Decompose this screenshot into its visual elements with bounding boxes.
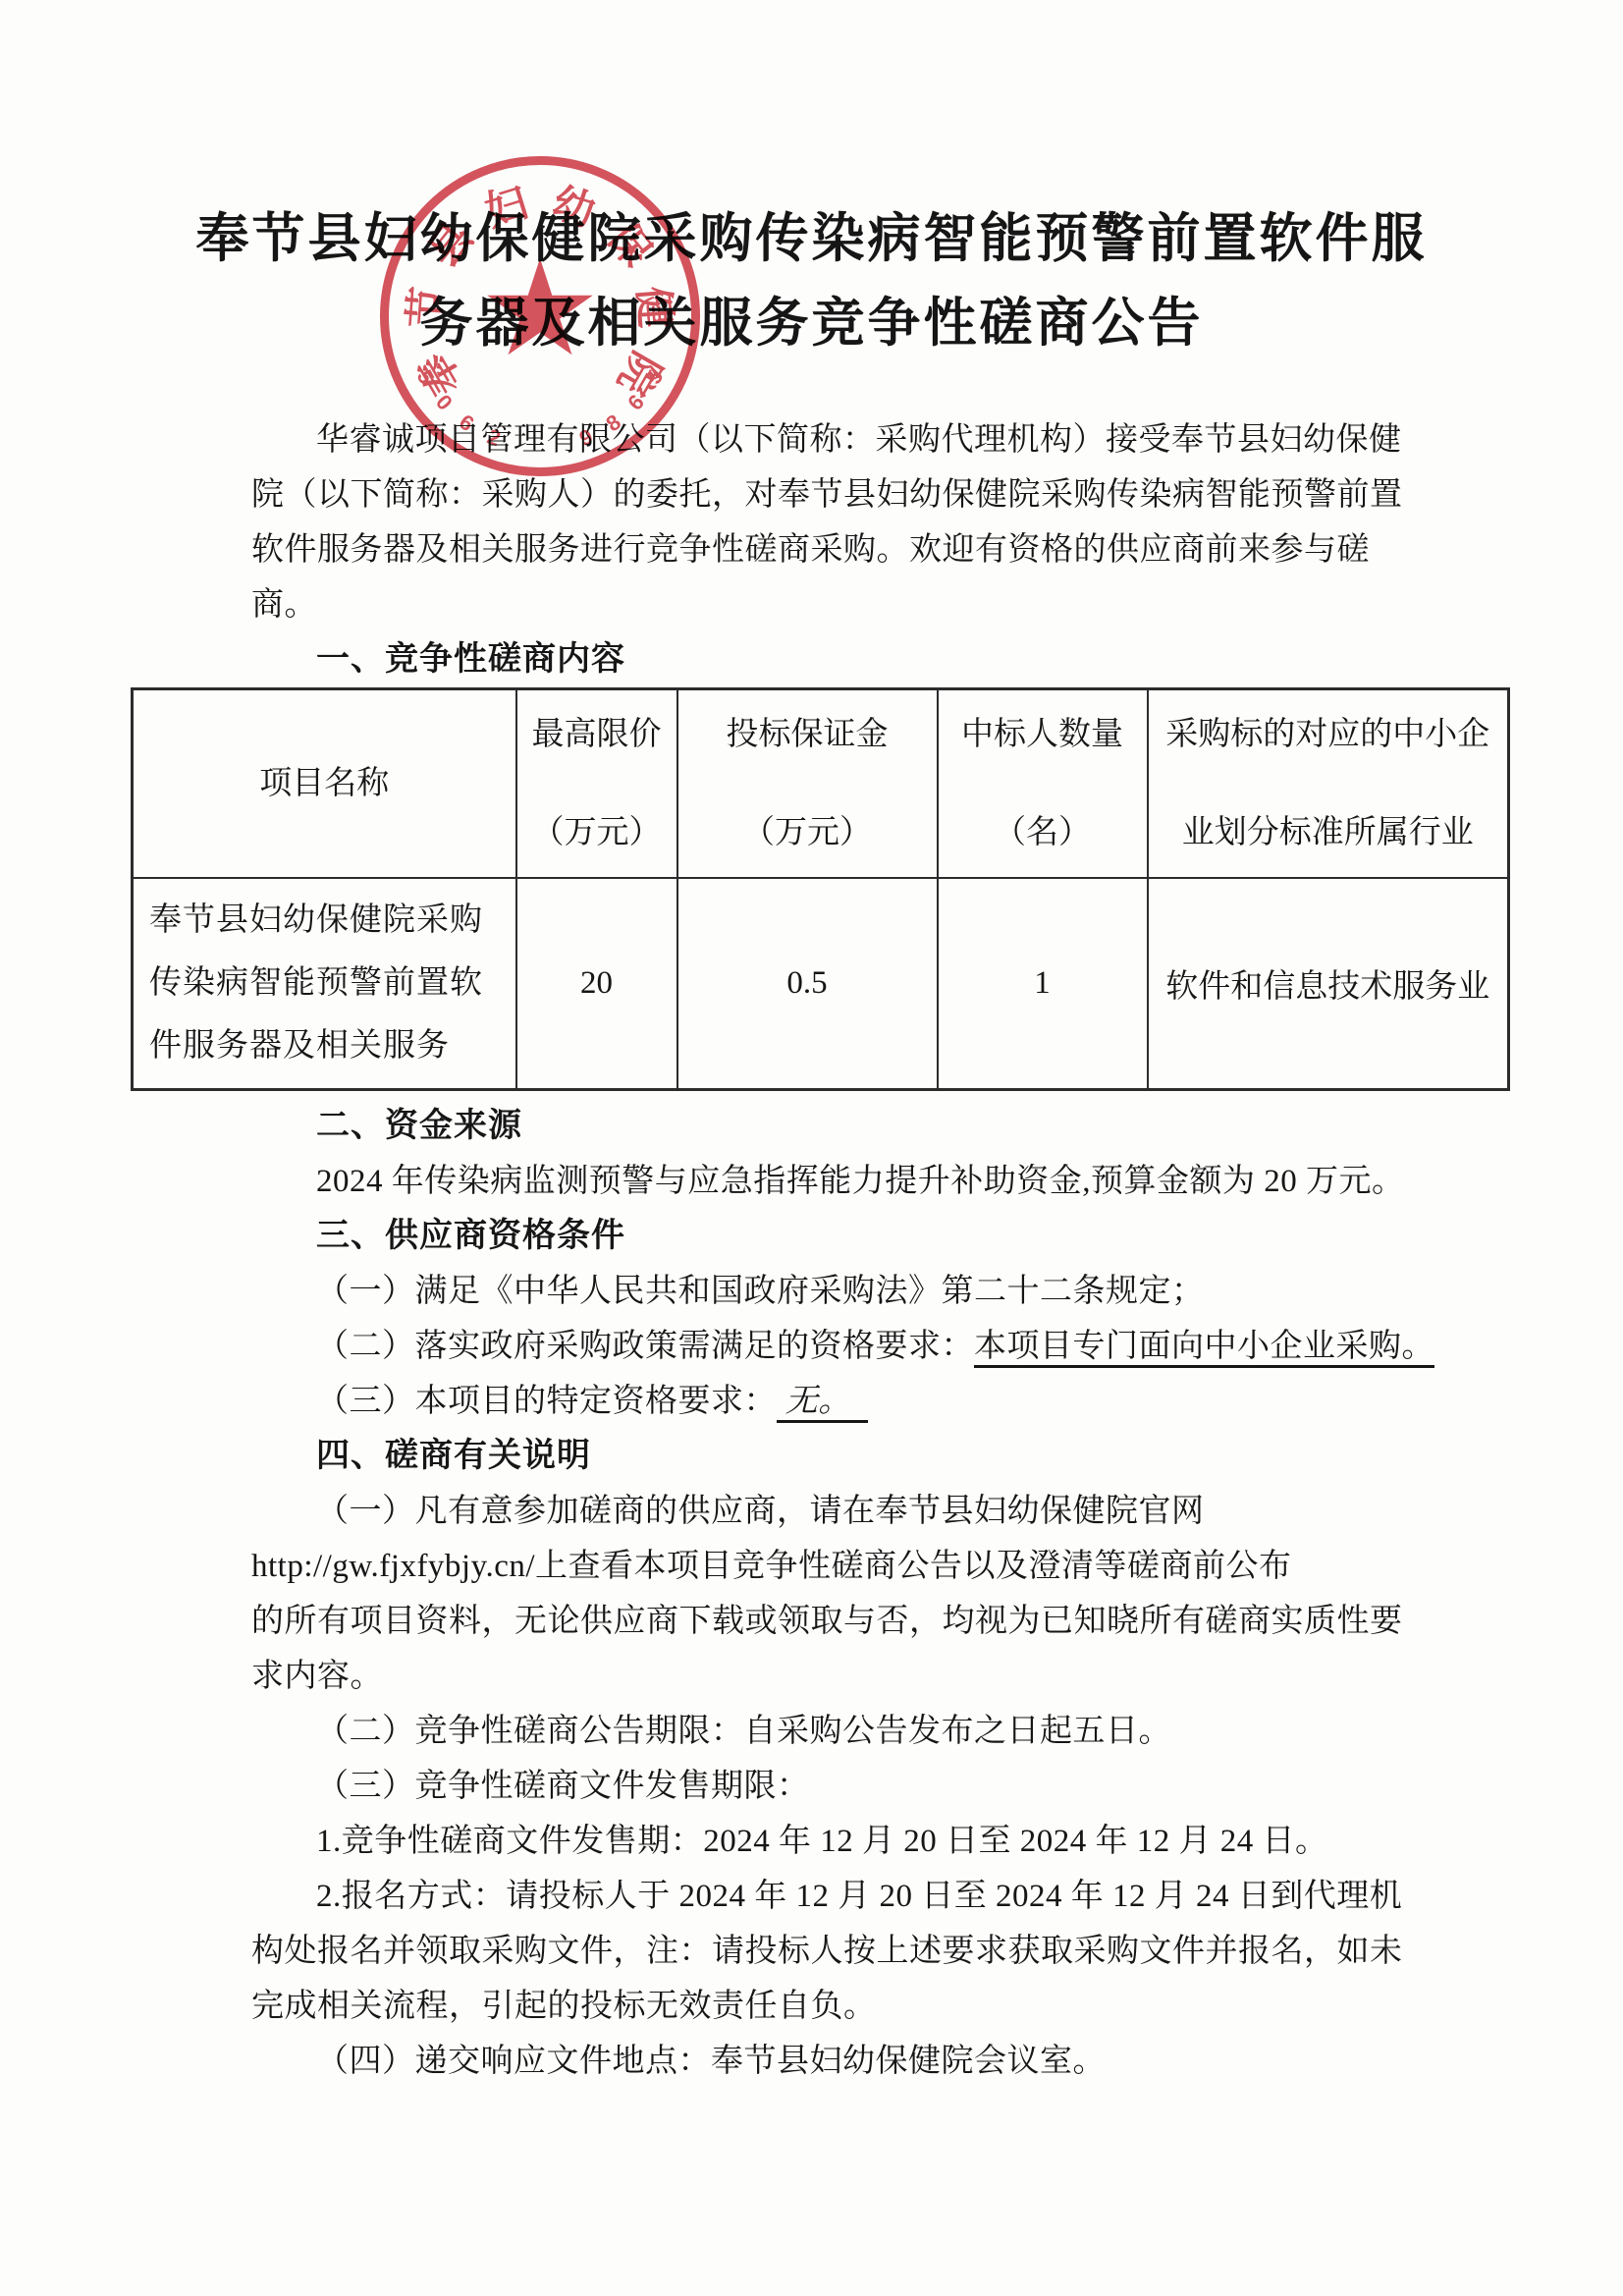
section3-item3-underlined: 无。 bbox=[777, 1384, 868, 1423]
intro-paragraph: 华睿诚项目管理有限公司（以下简称：采购代理机构）接受奉节县妇幼保健 院（以下简称… bbox=[251, 412, 1446, 632]
section4-item3-1: 1.竞争性磋商文件发售期：2024 年 12 月 20 日至 2024 年 12… bbox=[251, 1814, 1476, 1869]
title-line-1: 奉节县妇幼保健院采购传染病智能预警前置软件服 bbox=[39, 196, 1584, 281]
header-cell-industry: 采购标的对应的中小企 业划分标准所属行业 bbox=[1148, 689, 1509, 878]
cell-bid-bond: 0.5 bbox=[677, 878, 938, 1090]
table-header-row: 项目名称 最高限价 （万元） 投标保证金 （万元） 中标人数量 （名） bbox=[133, 689, 1509, 878]
section3-heading: 三、供应商资格条件 bbox=[251, 1209, 1476, 1264]
section3-item1: （一）满足《中华人民共和国政府采购法》第二十二条规定； bbox=[251, 1264, 1476, 1319]
intro-line: 软件服务器及相关服务进行竞争性磋商采购。欢迎有资格的供应商前来参与磋 bbox=[251, 522, 1446, 577]
project-name-line: 件服务器及相关服务 bbox=[149, 1014, 515, 1077]
header-cell-winners: 中标人数量 （名） bbox=[938, 689, 1148, 878]
section4-item1-line: （一）凡有意参加磋商的供应商，请在奉节县妇幼保健院官网 bbox=[251, 1484, 1476, 1539]
section4-item1-line: http://gw.fjxfybjy.cn/上查看本项目竞争性磋商公告以及澄清等… bbox=[251, 1539, 1476, 1594]
header-bid-bond-l2: （万元） bbox=[742, 816, 872, 849]
seal-code-digit: 5 bbox=[639, 363, 670, 392]
section4-item3-2-line: 构处报名并领取采购文件，注：请投标人按上述要求获取采购文件并报名，如未 bbox=[251, 1924, 1476, 1979]
section3-item2-prefix: （二）落实政府采购政策需满足的资格要求： bbox=[316, 1329, 974, 1364]
intro-line: 华睿诚项目管理有限公司（以下简称：采购代理机构）接受奉节县妇幼保健 bbox=[251, 412, 1446, 467]
section4-item3-2-line: 2.报名方式：请投标人于 2024 年 12 月 20 日至 2024 年 12… bbox=[251, 1869, 1476, 1924]
section4-item1-line: 的所有项目资料，无论供应商下载或领取与否，均视为已知晓所有磋商实质性要 bbox=[251, 1594, 1476, 1649]
section3-item3: （三）本项目的特定资格要求： 无。 bbox=[251, 1374, 1476, 1429]
header-project-name: 项目名称 bbox=[259, 767, 389, 800]
section4-item3: （三）竞争性磋商文件发售期限： bbox=[251, 1759, 1476, 1814]
header-industry-l2: 业划分标准所属行业 bbox=[1182, 816, 1474, 849]
section3-item3-prefix: （三）本项目的特定资格要求： bbox=[316, 1384, 777, 1419]
header-cell-max-price: 最高限价 （万元） bbox=[516, 689, 677, 878]
intro-line: 院（以下简称：采购人）的委托，对奉节县妇幼保健院采购传染病智能预警前置 bbox=[251, 467, 1446, 522]
document-title: 奉节县妇幼保健院采购传染病智能预警前置软件服 务器及相关服务竞争性磋商公告 bbox=[39, 0, 1584, 365]
section2-body: 2024 年传染病监测预警与应急指挥能力提升补助资金,预算金额为 20 万元。 bbox=[251, 1154, 1476, 1209]
section3-item2: （二）落实政府采购政策需满足的资格要求：本项目专门面向中小企业采购。 bbox=[251, 1319, 1476, 1374]
header-cell-project-name: 项目名称 bbox=[133, 689, 516, 878]
section3-item2-underlined: 本项目专门面向中小企业采购。 bbox=[974, 1329, 1434, 1368]
section2-heading: 二、资金来源 bbox=[251, 1099, 1476, 1154]
content-table: 项目名称 最高限价 （万元） 投标保证金 （万元） 中标人数量 （名） bbox=[131, 687, 1510, 1091]
document-page: 奉节县妇幼保健院采购传染病智能预警前置软件服 务器及相关服务竞争性磋商公告 华睿… bbox=[0, 0, 1623, 2296]
header-max-price-l1: 最高限价 bbox=[532, 718, 662, 751]
section4-item4: （四）递交响应文件地点：奉节县妇幼保健院会议室。 bbox=[251, 2034, 1476, 2089]
title-line-2: 务器及相关服务竞争性磋商公告 bbox=[39, 281, 1584, 365]
body-sections: 二、资金来源 2024 年传染病监测预警与应急指挥能力提升补助资金,预算金额为 … bbox=[251, 1099, 1476, 2089]
header-winners-l2: （名） bbox=[994, 816, 1091, 849]
project-name-line: 传染病智能预警前置软 bbox=[149, 952, 515, 1014]
header-industry-l1: 采购标的对应的中小企 bbox=[1165, 718, 1489, 751]
header-bid-bond-l1: 投标保证金 bbox=[727, 718, 889, 751]
section4-item2: （二）竞争性磋商公告期限：自采购公告发布之日起五日。 bbox=[251, 1704, 1476, 1759]
cell-winners: 1 bbox=[938, 878, 1148, 1090]
header-max-price-l2: （万元） bbox=[532, 816, 662, 849]
section4-item1-line: 求内容。 bbox=[251, 1649, 1476, 1704]
header-cell-bid-bond: 投标保证金 （万元） bbox=[677, 689, 938, 878]
header-winners-l1: 中标人数量 bbox=[961, 718, 1123, 751]
intro-line: 商。 bbox=[251, 577, 1446, 632]
section4-item3-2-line: 完成相关流程，引起的投标无效责任自负。 bbox=[251, 1979, 1476, 2034]
section1-heading: 一、竞争性磋商内容 bbox=[251, 632, 1623, 687]
cell-project-name: 奉节县妇幼保健院采购 传染病智能预警前置软 件服务器及相关服务 bbox=[133, 878, 516, 1090]
cell-max-price: 20 bbox=[516, 878, 677, 1090]
table-data-row: 奉节县妇幼保健院采购 传染病智能预警前置软 件服务器及相关服务 20 0.5 1… bbox=[133, 878, 1509, 1090]
section4-heading: 四、磋商有关说明 bbox=[251, 1429, 1476, 1484]
project-name-line: 奉节县妇幼保健院采购 bbox=[149, 889, 515, 952]
cell-industry: 软件和信息技术服务业 bbox=[1148, 878, 1509, 1090]
seal-code-digit: 5 bbox=[410, 363, 441, 392]
